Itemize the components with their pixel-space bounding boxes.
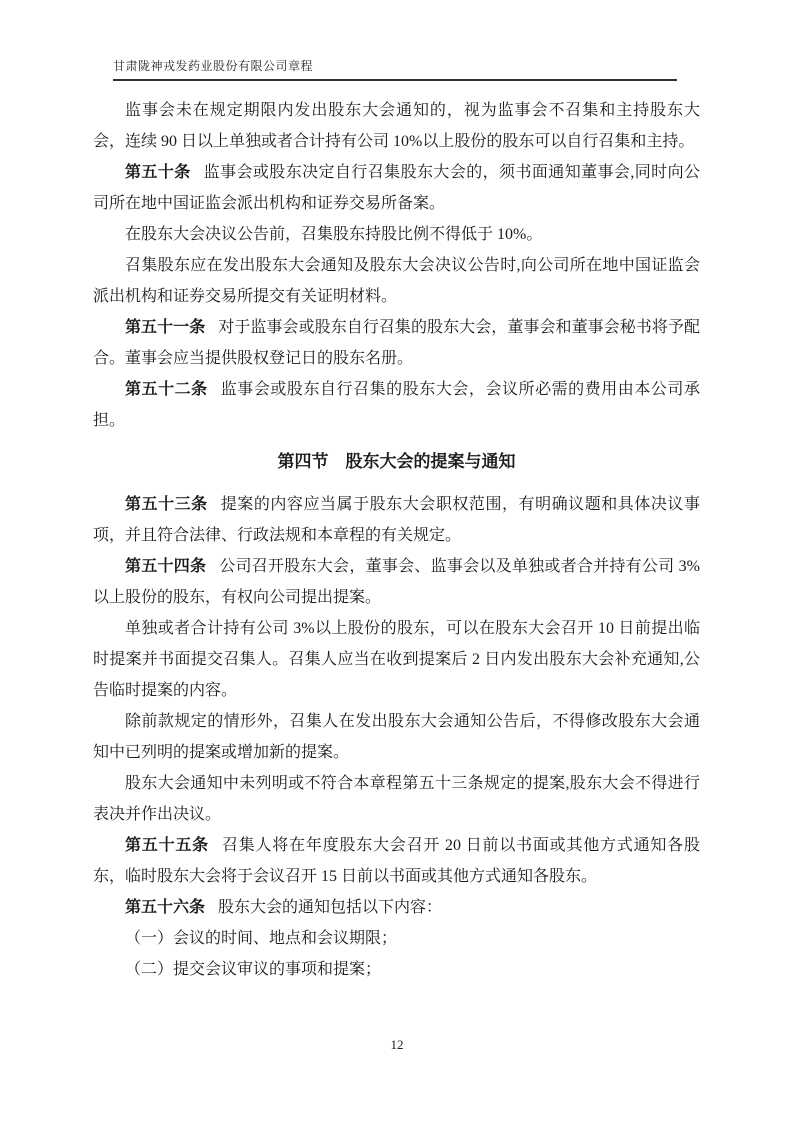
list-item: （一）会议的时间、地点和会议期限； [93, 923, 700, 954]
article-number: 第五十五条 [125, 837, 209, 854]
paragraph: 第五十五条召集人将在年度股东大会召开 20 日前以书面或其他方式通知各股东，临时… [93, 830, 700, 892]
paragraph: 第五十四条公司召开股东大会，董事会、监事会以及单独或者合并持有公司 3%以上股份… [93, 551, 700, 613]
paragraph: 第五十六条股东大会的通知包括以下内容： [93, 892, 700, 923]
paragraph: 召集股东应在发出股东大会通知及股东大会决议公告时,向公司所在地中国证监会派出机构… [93, 250, 700, 312]
article-number: 第五十六条 [125, 899, 205, 916]
article-number: 第五十三条 [125, 496, 208, 513]
document-body: 监事会未在规定期限内发出股东大会通知的，视为监事会不召集和主持股东大会，连续 9… [93, 95, 700, 985]
paragraph: 第五十一条对于监事会或股东自行召集的股东大会，董事会和董事会秘书将予配合。董事会… [93, 312, 700, 374]
article-number: 第五十条 [125, 164, 191, 181]
document-page: 甘肃陇神戎发药业股份有限公司章程 监事会未在规定期限内发出股东大会通知的，视为监… [0, 0, 794, 1122]
article-number: 第五十四条 [125, 558, 206, 575]
section-heading: 第四节 股东大会的提案与通知 [93, 446, 700, 477]
paragraph: 第五十二条监事会或股东自行召集的股东大会，会议所必需的费用由本公司承担。 [93, 374, 700, 436]
page-footer: 12 [0, 1037, 794, 1053]
article-number: 第五十二条 [125, 381, 208, 398]
page-header: 甘肃陇神戎发药业股份有限公司章程 [113, 57, 677, 81]
paragraph: 股东大会通知中未列明或不符合本章程第五十三条规定的提案,股东大会不得进行表决并作… [93, 768, 700, 830]
paragraph-text: 股东大会的通知包括以下内容： [218, 899, 442, 916]
paragraph: 除前款规定的情形外，召集人在发出股东大会通知公告后，不得修改股东大会通知中已列明… [93, 706, 700, 768]
article-number: 第五十一条 [125, 319, 205, 336]
paragraph: 单独或者合计持有公司 3%以上股份的股东，可以在股东大会召开 10 日前提出临时… [93, 613, 700, 706]
paragraph: 第五十条监事会或股东决定自行召集股东大会的，须书面通知董事会,同时向公司所在地中… [93, 157, 700, 219]
header-title: 甘肃陇神戎发药业股份有限公司章程 [113, 59, 313, 73]
list-item: （二）提交会议审议的事项和提案； [93, 954, 700, 985]
paragraph: 监事会未在规定期限内发出股东大会通知的，视为监事会不召集和主持股东大会，连续 9… [93, 95, 700, 157]
paragraph: 在股东大会决议公告前，召集股东持股比例不得低于 10%。 [93, 219, 700, 250]
page-number: 12 [391, 1037, 404, 1052]
paragraph: 第五十三条提案的内容应当属于股东大会职权范围，有明确议题和具体决议事项，并且符合… [93, 489, 700, 551]
